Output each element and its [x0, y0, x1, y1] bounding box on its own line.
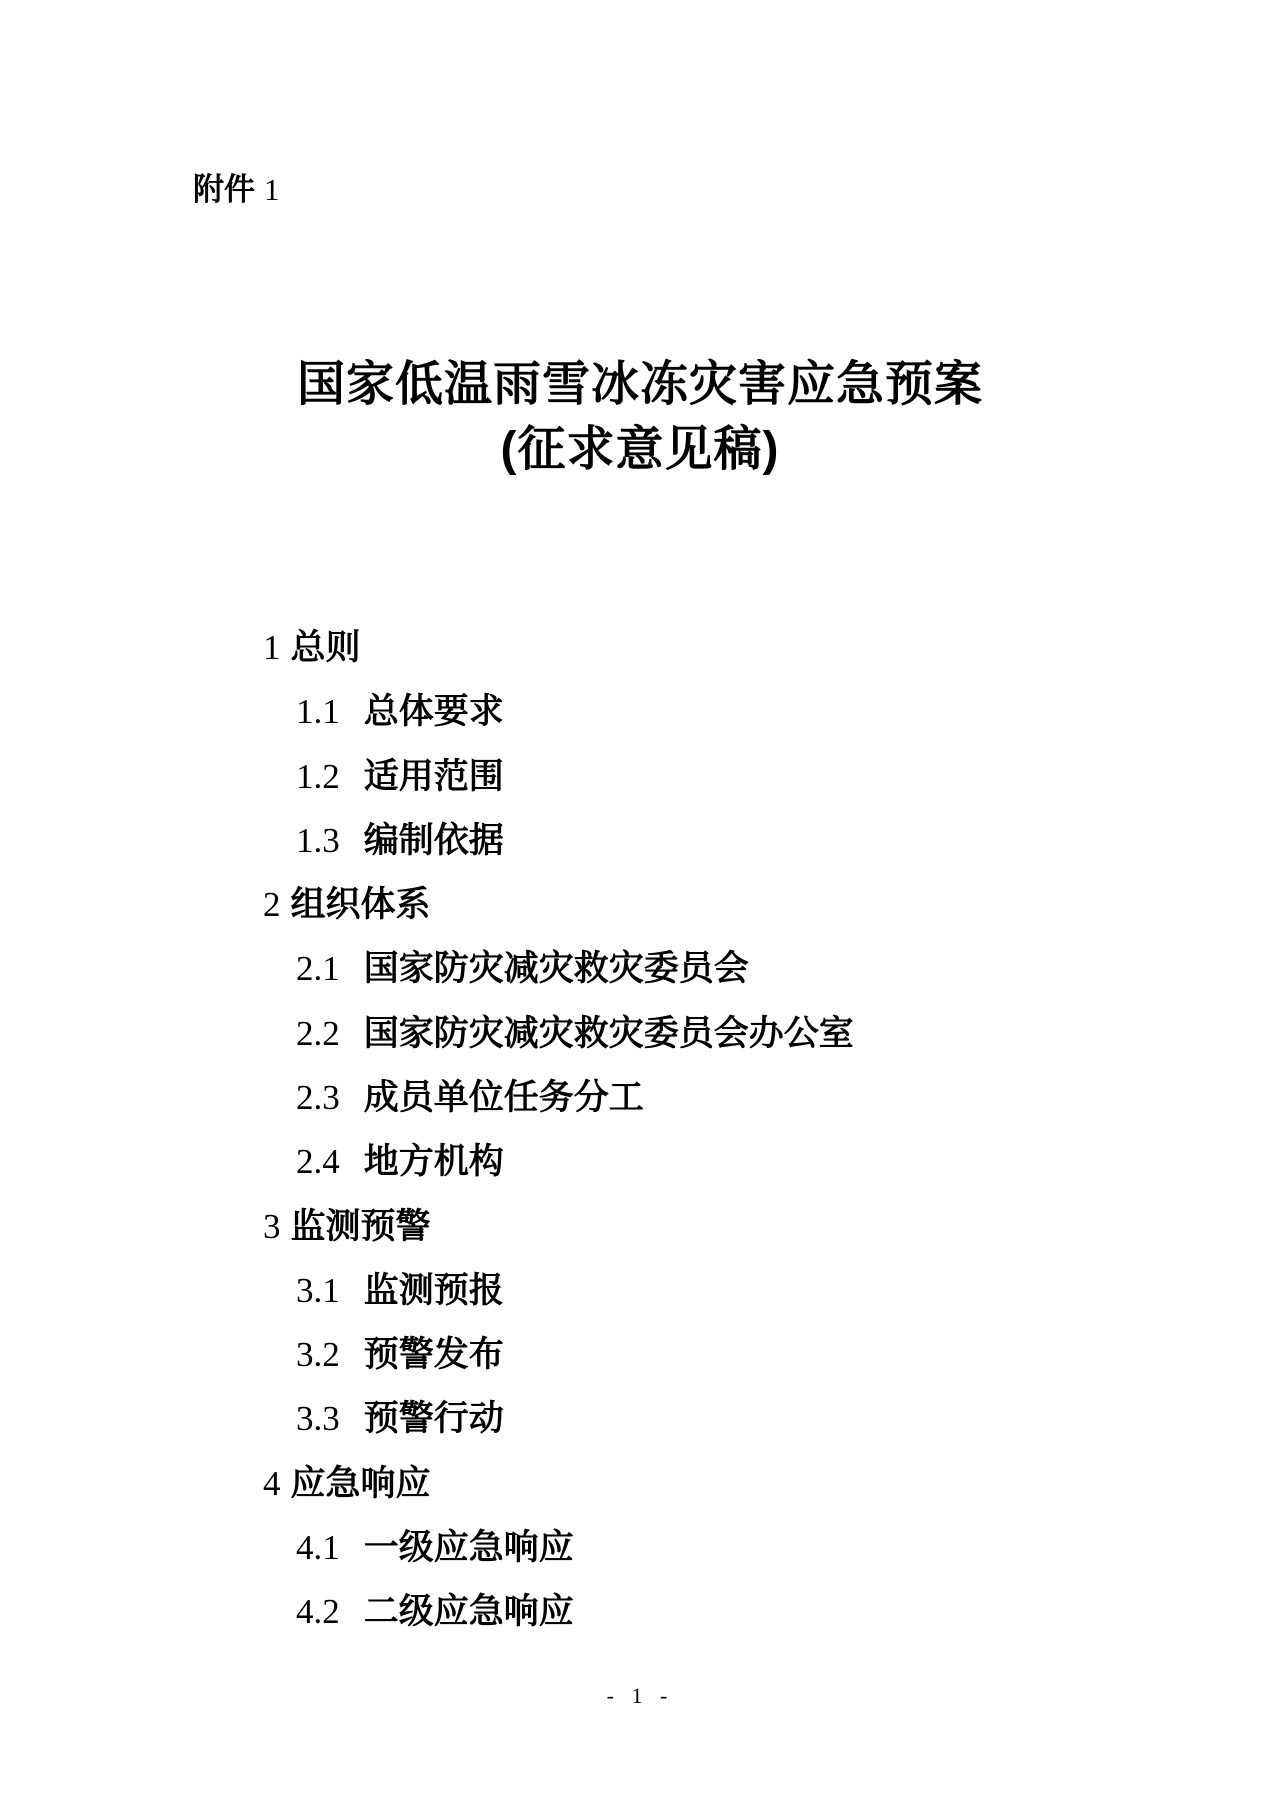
toc-label: 应急响应	[291, 1464, 431, 1503]
toc-number: 1.2	[296, 757, 340, 796]
toc-number: 4.1	[296, 1528, 340, 1567]
toc-label: 总体要求	[364, 692, 504, 731]
toc-label: 监测预警	[291, 1207, 431, 1246]
toc-label: 预警发布	[364, 1335, 504, 1374]
toc-item-1-3: 1.3编制依据	[296, 822, 504, 860]
toc-label: 组织体系	[291, 885, 431, 924]
toc-number: 2.2	[296, 1014, 340, 1053]
toc-item-3-3: 3.3预警行动	[296, 1400, 504, 1438]
toc-label: 总则	[291, 628, 361, 667]
toc-number: 1.3	[296, 821, 340, 860]
attachment-label: 附件	[193, 172, 255, 207]
toc-item-2-3: 2.3成员单位任务分工	[296, 1079, 644, 1117]
toc-number: 3.2	[296, 1335, 340, 1374]
toc-number: 4	[263, 1464, 281, 1503]
document-title: 国家低温雨雪冰冻灾害应急预案 (征求意见稿)	[0, 352, 1280, 482]
document-title-line2: (征求意见稿)	[0, 417, 1280, 482]
toc-item-2-2: 2.2国家防灾减灾救灾委员会办公室	[296, 1015, 854, 1053]
toc-label: 监测预报	[364, 1271, 504, 1310]
toc-label: 预警行动	[364, 1399, 504, 1438]
toc-item-4-1: 4.1一级应急响应	[296, 1529, 574, 1567]
toc-item-1-2: 1.2适用范围	[296, 758, 504, 796]
attachment-number: 1	[264, 172, 280, 207]
document-page: 附件1 国家低温雨雪冰冻灾害应急预案 (征求意见稿) 1总则 1.1总体要求 1…	[0, 0, 1280, 1809]
toc-label: 二级应急响应	[364, 1592, 574, 1631]
toc-label: 编制依据	[364, 821, 504, 860]
toc-item-2-1: 2.1国家防灾减灾救灾委员会	[296, 950, 749, 988]
toc-number: 2	[263, 885, 281, 924]
toc-number: 1	[263, 628, 281, 667]
toc-item-2-4: 2.4地方机构	[296, 1143, 504, 1181]
toc-number: 3.3	[296, 1399, 340, 1438]
toc-number: 4.2	[296, 1592, 340, 1631]
toc-item-3: 3监测预警	[263, 1208, 431, 1246]
toc-label: 一级应急响应	[364, 1528, 574, 1567]
toc-label: 国家防灾减灾救灾委员会	[364, 949, 749, 988]
toc-number: 2.1	[296, 949, 340, 988]
toc-number: 2.3	[296, 1078, 340, 1117]
toc-item-1-1: 1.1总体要求	[296, 693, 504, 731]
toc-item-3-2: 3.2预警发布	[296, 1336, 504, 1374]
toc-number: 1.1	[296, 692, 340, 731]
toc-item-4: 4应急响应	[263, 1465, 431, 1503]
document-title-line1: 国家低温雨雪冰冻灾害应急预案	[0, 352, 1280, 417]
attachment-heading: 附件1	[193, 173, 280, 207]
toc-item-4-2: 4.2二级应急响应	[296, 1593, 574, 1631]
toc-item-3-1: 3.1监测预报	[296, 1272, 504, 1310]
toc-number: 2.4	[296, 1142, 340, 1181]
toc-item-2: 2组织体系	[263, 886, 431, 924]
toc-label: 地方机构	[364, 1142, 504, 1181]
toc-label: 国家防灾减灾救灾委员会办公室	[364, 1014, 854, 1053]
toc-label: 成员单位任务分工	[364, 1078, 644, 1117]
page-number: - 1 -	[0, 1683, 1280, 1709]
toc-number: 3.1	[296, 1271, 340, 1310]
toc-label: 适用范围	[364, 757, 504, 796]
toc-item-1: 1总则	[263, 629, 361, 667]
toc-number: 3	[263, 1207, 281, 1246]
